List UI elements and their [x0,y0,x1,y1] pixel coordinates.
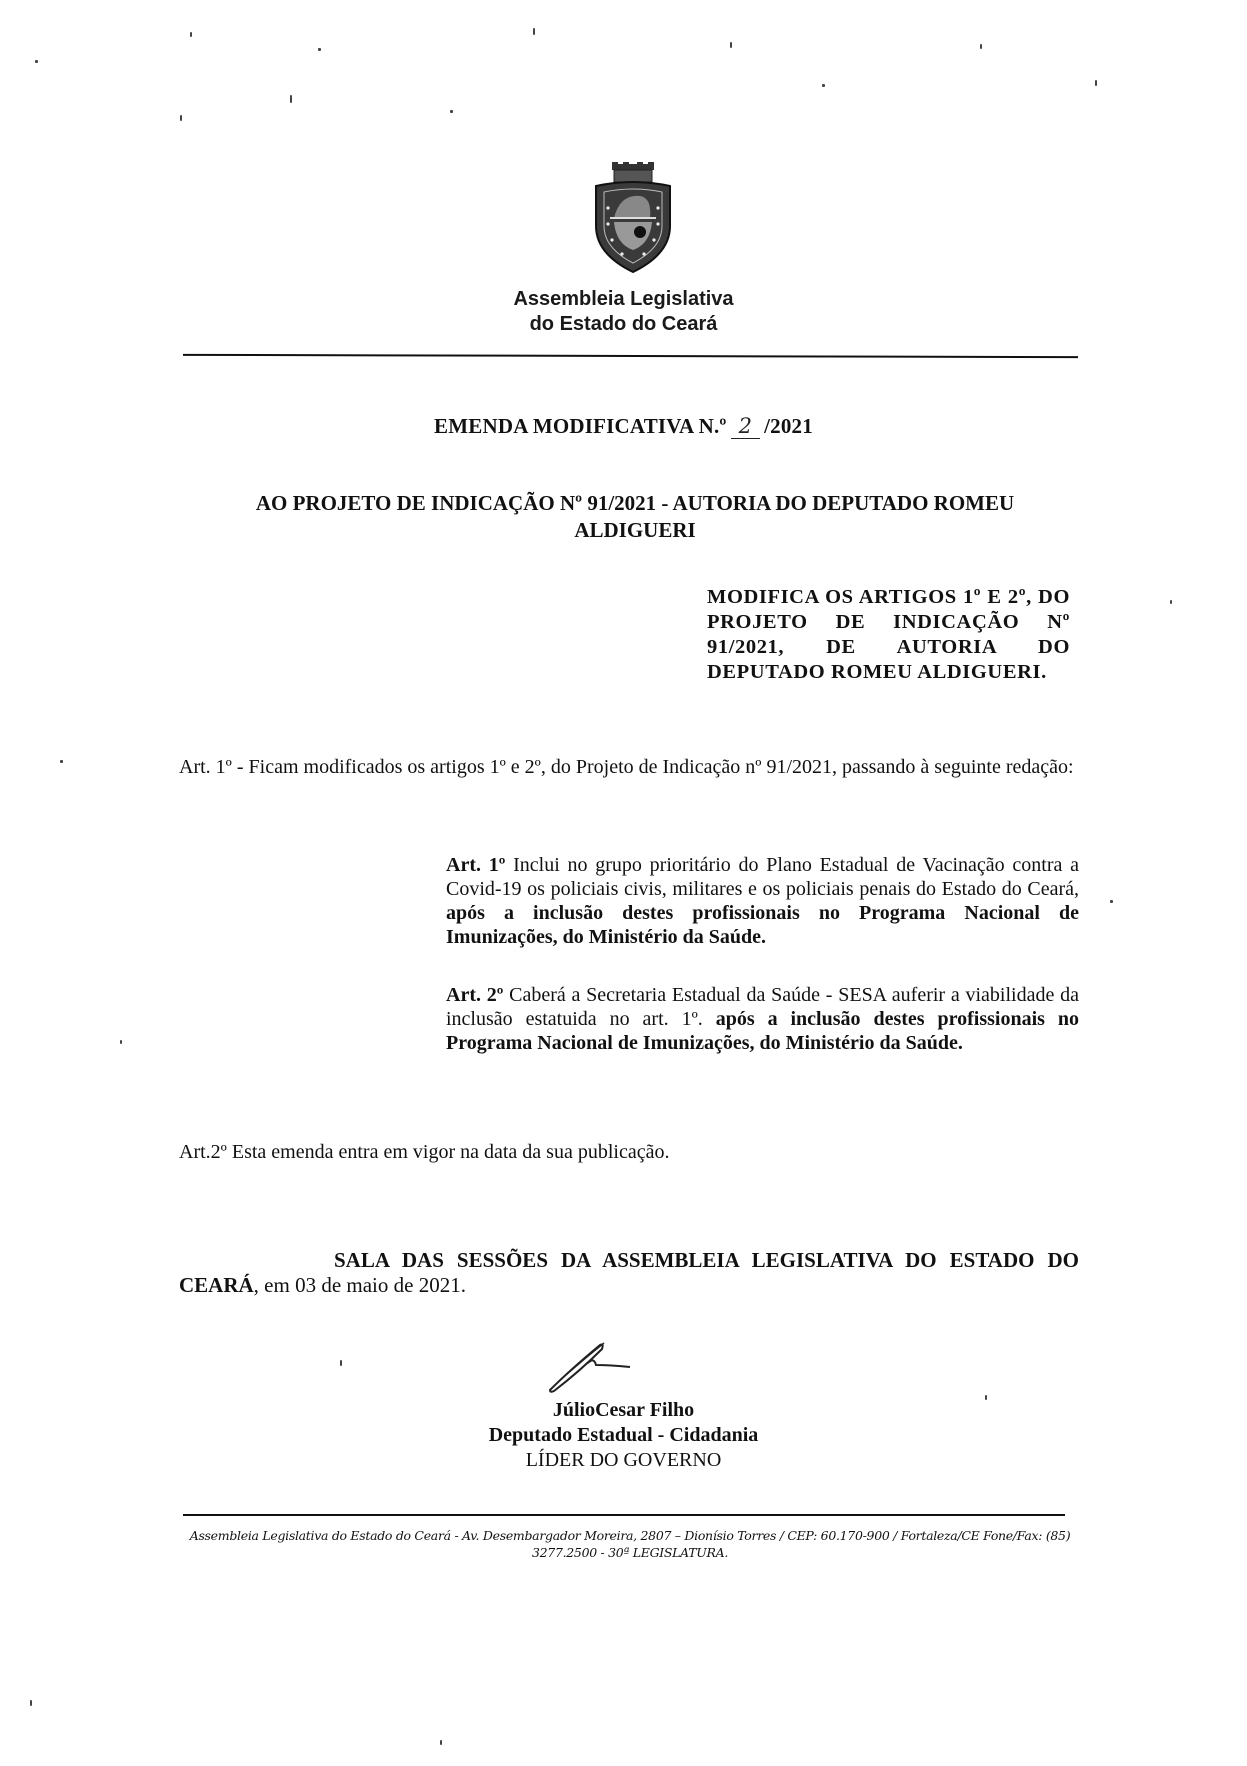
signer-name: JúlioCesar Filho [0,1398,1247,1423]
document-title: EMENDA MODIFICATIVA N.º2/2021 [0,414,1247,439]
header-divider [183,354,1078,358]
closing-statement: SALA DAS SESSÕES DA ASSEMBLEIA LEGISLATI… [179,1248,1079,1298]
ceara-coat-of-arms-icon [590,162,676,274]
amendment-number-handwritten: 2 [731,414,761,439]
document-subtitle: AO PROJETO DE INDICAÇÃO Nº 91/2021 - AUT… [200,490,1070,544]
footer-line-1: Assembleia Legislativa do Estado do Cear… [180,1527,1080,1544]
footer-address: Assembleia Legislativa do Estado do Cear… [180,1527,1080,1561]
new-article-1-label: Art. 1º [446,854,505,876]
footer-divider [183,1514,1065,1516]
footer-line-2: 3277.2500 - 30ª LEGISLATURA. [180,1544,1080,1561]
new-article-2-label: Art. 2º [446,984,503,1006]
new-article-1-condition: após a inclusão destes profissionais no … [446,902,1079,948]
title-prefix: EMENDA MODIFICATIVA N.º [434,414,727,438]
closing-date: , em 03 de maio de 2021. [254,1273,466,1297]
ementa: MODIFICA OS ARTIGOS 1º E 2º, DO PROJETO … [707,585,1070,685]
signer-role: Deputado Estadual - Cidadania [0,1423,1247,1448]
article-2: Art.2º Esta emenda entra em vigor na dat… [179,1140,1079,1164]
institution-name: Assembleia Legislativa [0,287,1247,312]
new-article-1: Art. 1º Inclui no grupo prioritário do P… [446,853,1079,949]
title-year: /2021 [764,414,813,438]
institution-state: do Estado do Ceará [0,312,1247,337]
new-article-2: Art. 2º Caberá a Secretaria Estadual da … [446,983,1079,1055]
signer-position: LÍDER DO GOVERNO [0,1448,1247,1473]
new-article-1-text: Inclui no grupo prioritário do Plano Est… [446,854,1079,900]
article-1: Art. 1º - Ficam modificados os artigos 1… [179,755,1079,779]
signature-mark-icon [530,1335,670,1395]
